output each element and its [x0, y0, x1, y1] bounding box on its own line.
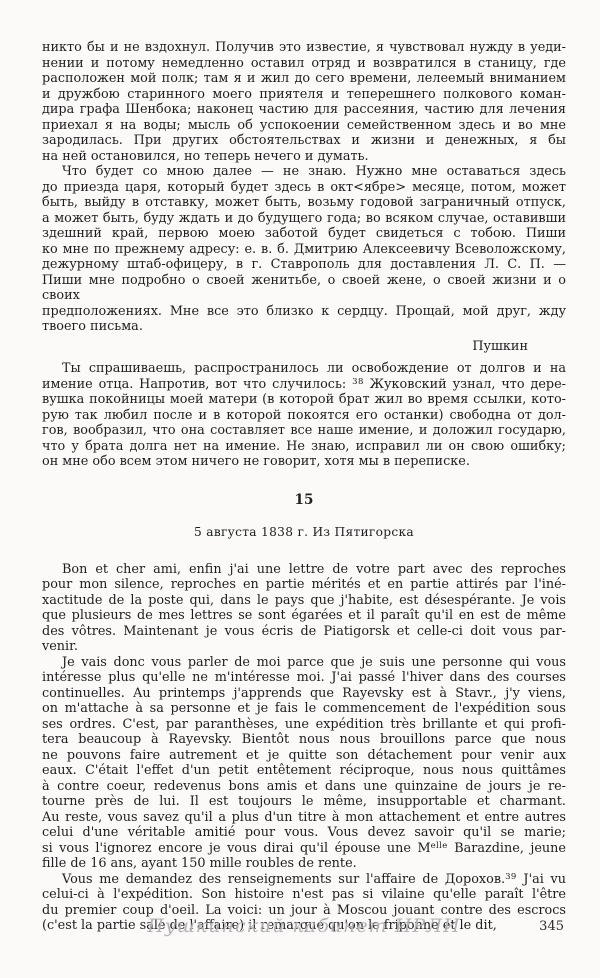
text-line: fille de 16 ans, ayant 150 mille roubles…	[42, 856, 566, 872]
superscript-reference: 38	[352, 377, 364, 387]
text-line: ne pouvons faire autrement et je quitte …	[42, 748, 566, 764]
text-line: приехал я на воды; мысль об успокоении с…	[42, 118, 566, 134]
text-line: on m'attache à sa personne et je fais le…	[42, 701, 566, 717]
text-line: Je vais donc vous parler de moi parce qu…	[42, 655, 566, 671]
text-line: Что будет со мною далее — не знаю. Нужно…	[42, 164, 566, 180]
superscript-reference: 39	[505, 872, 517, 882]
text-line: xactitude de la poste qui, dans le pays …	[42, 593, 566, 609]
text-line: pour mon silence, reproches en partie mé…	[42, 577, 566, 593]
text-line: Au reste, vous savez qu'il a plus d'un t…	[42, 810, 566, 826]
text-line: si vous l'ignorez encore je vous dirai q…	[42, 841, 566, 857]
paragraph-letter14-plans: Что будет со мною далее — не знаю. Нужно…	[42, 164, 566, 335]
text-line: нении и потому немедленно оставил отряд …	[42, 56, 566, 72]
text-line: он мне обо всем этом ничего не говорит, …	[42, 454, 566, 470]
page-footer: Пушкинский кабинет ИРЛИ 345	[42, 915, 566, 939]
paragraph-letter15-1: Bon et cher ami, enfin j'ai une lettre d…	[42, 562, 566, 655]
text-line: venir.	[42, 639, 566, 655]
text-line: рую так любил после и в которой покоятся…	[42, 408, 566, 424]
text-line: и дружбою старинного моего приятеля и те…	[42, 87, 566, 103]
text-line: celui d'une véritable amitié pour vous. …	[42, 825, 566, 841]
letter-number-heading: 15	[42, 493, 566, 509]
text-line: имение отца. Напротив, вот что случилось…	[42, 377, 566, 393]
superscript-reference: elle	[431, 841, 448, 851]
text-line: eaux. C'était l'effet d'un petit entêtem…	[42, 763, 566, 779]
text-line: continuelles. Au printemps j'apprends qu…	[42, 686, 566, 702]
text-line: Ты спрашиваешь, распространилось ли осво…	[42, 361, 566, 377]
text-segment: имение отца. Напротив, вот что случилось…	[42, 377, 352, 392]
text-line: tourne près de lui. Il est toujours le m…	[42, 794, 566, 810]
text-line: des vôtres. Maintenant je vous écris de …	[42, 624, 566, 640]
library-watermark: Пушкинский кабинет ИРЛИ	[42, 915, 566, 937]
paragraph-letter14-continuation: никто бы и не вздохнул. Получив это изве…	[42, 40, 566, 164]
text-segment: si vous l'ignorez encore je vous dirai q…	[42, 841, 431, 856]
text-segment: J'ai vu	[517, 872, 566, 887]
text-line: вушка покойницы моей матери (в которой б…	[42, 392, 566, 408]
text-line: дежурному штаб-офицеру, в г. Ставрополь …	[42, 257, 566, 273]
text-line: что у брата долга нет на имение. Не знаю…	[42, 439, 566, 455]
letter-dateline: 5 августа 1838 г. Из Пятигорска	[42, 525, 566, 541]
text-block: никто бы и не вздохнул. Получив это изве…	[42, 40, 566, 934]
text-line: Пиши мне подробно о своей женитьбе, о св…	[42, 273, 566, 304]
text-segment: Vous me demandez des renseignements sur …	[62, 872, 505, 887]
text-line: до приезда царя, который будет здесь в о…	[42, 180, 566, 196]
text-line: ses ordres. C'est, par paranthèses, une …	[42, 717, 566, 733]
text-line: быть, выйду в отставку, может быть, возь…	[42, 195, 566, 211]
paragraph-letter14-postscript: Ты спрашиваешь, распространилось ли осво…	[42, 361, 566, 470]
text-line: Bon et cher ami, enfin j'ai une lettre d…	[42, 562, 566, 578]
text-line: intéresse plus qu'elle ne m'intéresse mo…	[42, 670, 566, 686]
text-line: расположен мой полк; там я и жил до сего…	[42, 71, 566, 87]
paragraph-letter15-2: Je vais donc vous parler de moi parce qu…	[42, 655, 566, 872]
text-line: que plusieurs de mes lettres se sont éga…	[42, 608, 566, 624]
text-segment: Barazdine, jeune	[448, 841, 566, 856]
text-line: дира графа Шенбока; наконец частию для р…	[42, 102, 566, 118]
page-number: 345	[539, 919, 564, 934]
book-page-scan: никто бы и не вздохнул. Получив это изве…	[0, 0, 600, 978]
text-line: зародилась. При других обстоятельствах и…	[42, 133, 566, 149]
letter-signature: Пушкин	[42, 339, 566, 355]
text-line: tera beaucoup à Rayevsky. Bientôt nous n…	[42, 732, 566, 748]
text-line: никто бы и не вздохнул. Получив это изве…	[42, 40, 566, 56]
text-line: ко мне по прежнему адресу: е. в. б. Дмит…	[42, 242, 566, 258]
text-line: на ней остановился, но теперь нечего и д…	[42, 149, 566, 165]
text-line: а может быть, буду ждать и до будущего г…	[42, 211, 566, 227]
text-line: твоего письма.	[42, 319, 566, 335]
text-line: здешний край, первою моею заботой будет …	[42, 226, 566, 242]
text-line: предположениях. Мне все это близко к сер…	[42, 304, 566, 320]
text-line: Vous me demandez des renseignements sur …	[42, 872, 566, 888]
text-line: гов, вообразил, что она составляет все н…	[42, 423, 566, 439]
text-segment: Жуковский узнал, что дере-	[364, 377, 566, 392]
text-line: celui-ci à l'expédition. Son histoire n'…	[42, 887, 566, 903]
text-line: à contre coeur, redevenus bons amis et d…	[42, 779, 566, 795]
